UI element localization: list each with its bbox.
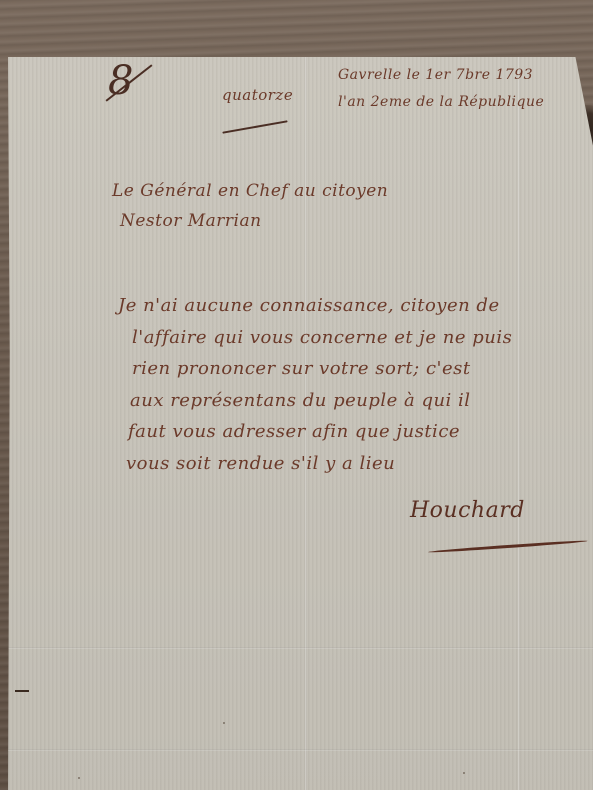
paper-speck [463,772,465,774]
pin-mark [15,690,29,692]
fold-line-horizontal [8,749,593,751]
body-line: aux représentans du peuple à qui il [118,385,512,417]
place-date-line: l'an 2eme de la République [338,89,544,116]
body-line: rien prononcer sur votre sort; c'est [118,353,512,385]
salutation-line: Le Général en Chef au citoyen [112,176,388,206]
body-line: l'affaire qui vous concerne et je ne pui… [118,322,512,354]
place-date-line: Gavrelle le 1er 7bre 1793 [338,62,544,89]
body-line: vous soit rendue s'il y a lieu [118,448,512,480]
body-line: Je n'ai aucune connaissance, citoyen de [118,290,512,322]
paper-speck [78,777,80,779]
salutation: Le Général en Chef au citoyen Nestor Mar… [112,176,388,236]
fold-line-horizontal [8,647,593,649]
fold-line-vertical [518,57,520,790]
annotation-quatorze: quatorze [222,86,293,104]
signature: Houchard [410,498,525,523]
salutation-line: Nestor Marrian [112,206,388,236]
place-and-date: Gavrelle le 1er 7bre 1793 l'an 2eme de l… [338,62,544,116]
letter-body: Je n'ai aucune connaissance, citoyen de … [118,290,512,479]
body-line: faut vous adresser afin que justice [118,416,512,448]
paper-speck [223,722,225,724]
